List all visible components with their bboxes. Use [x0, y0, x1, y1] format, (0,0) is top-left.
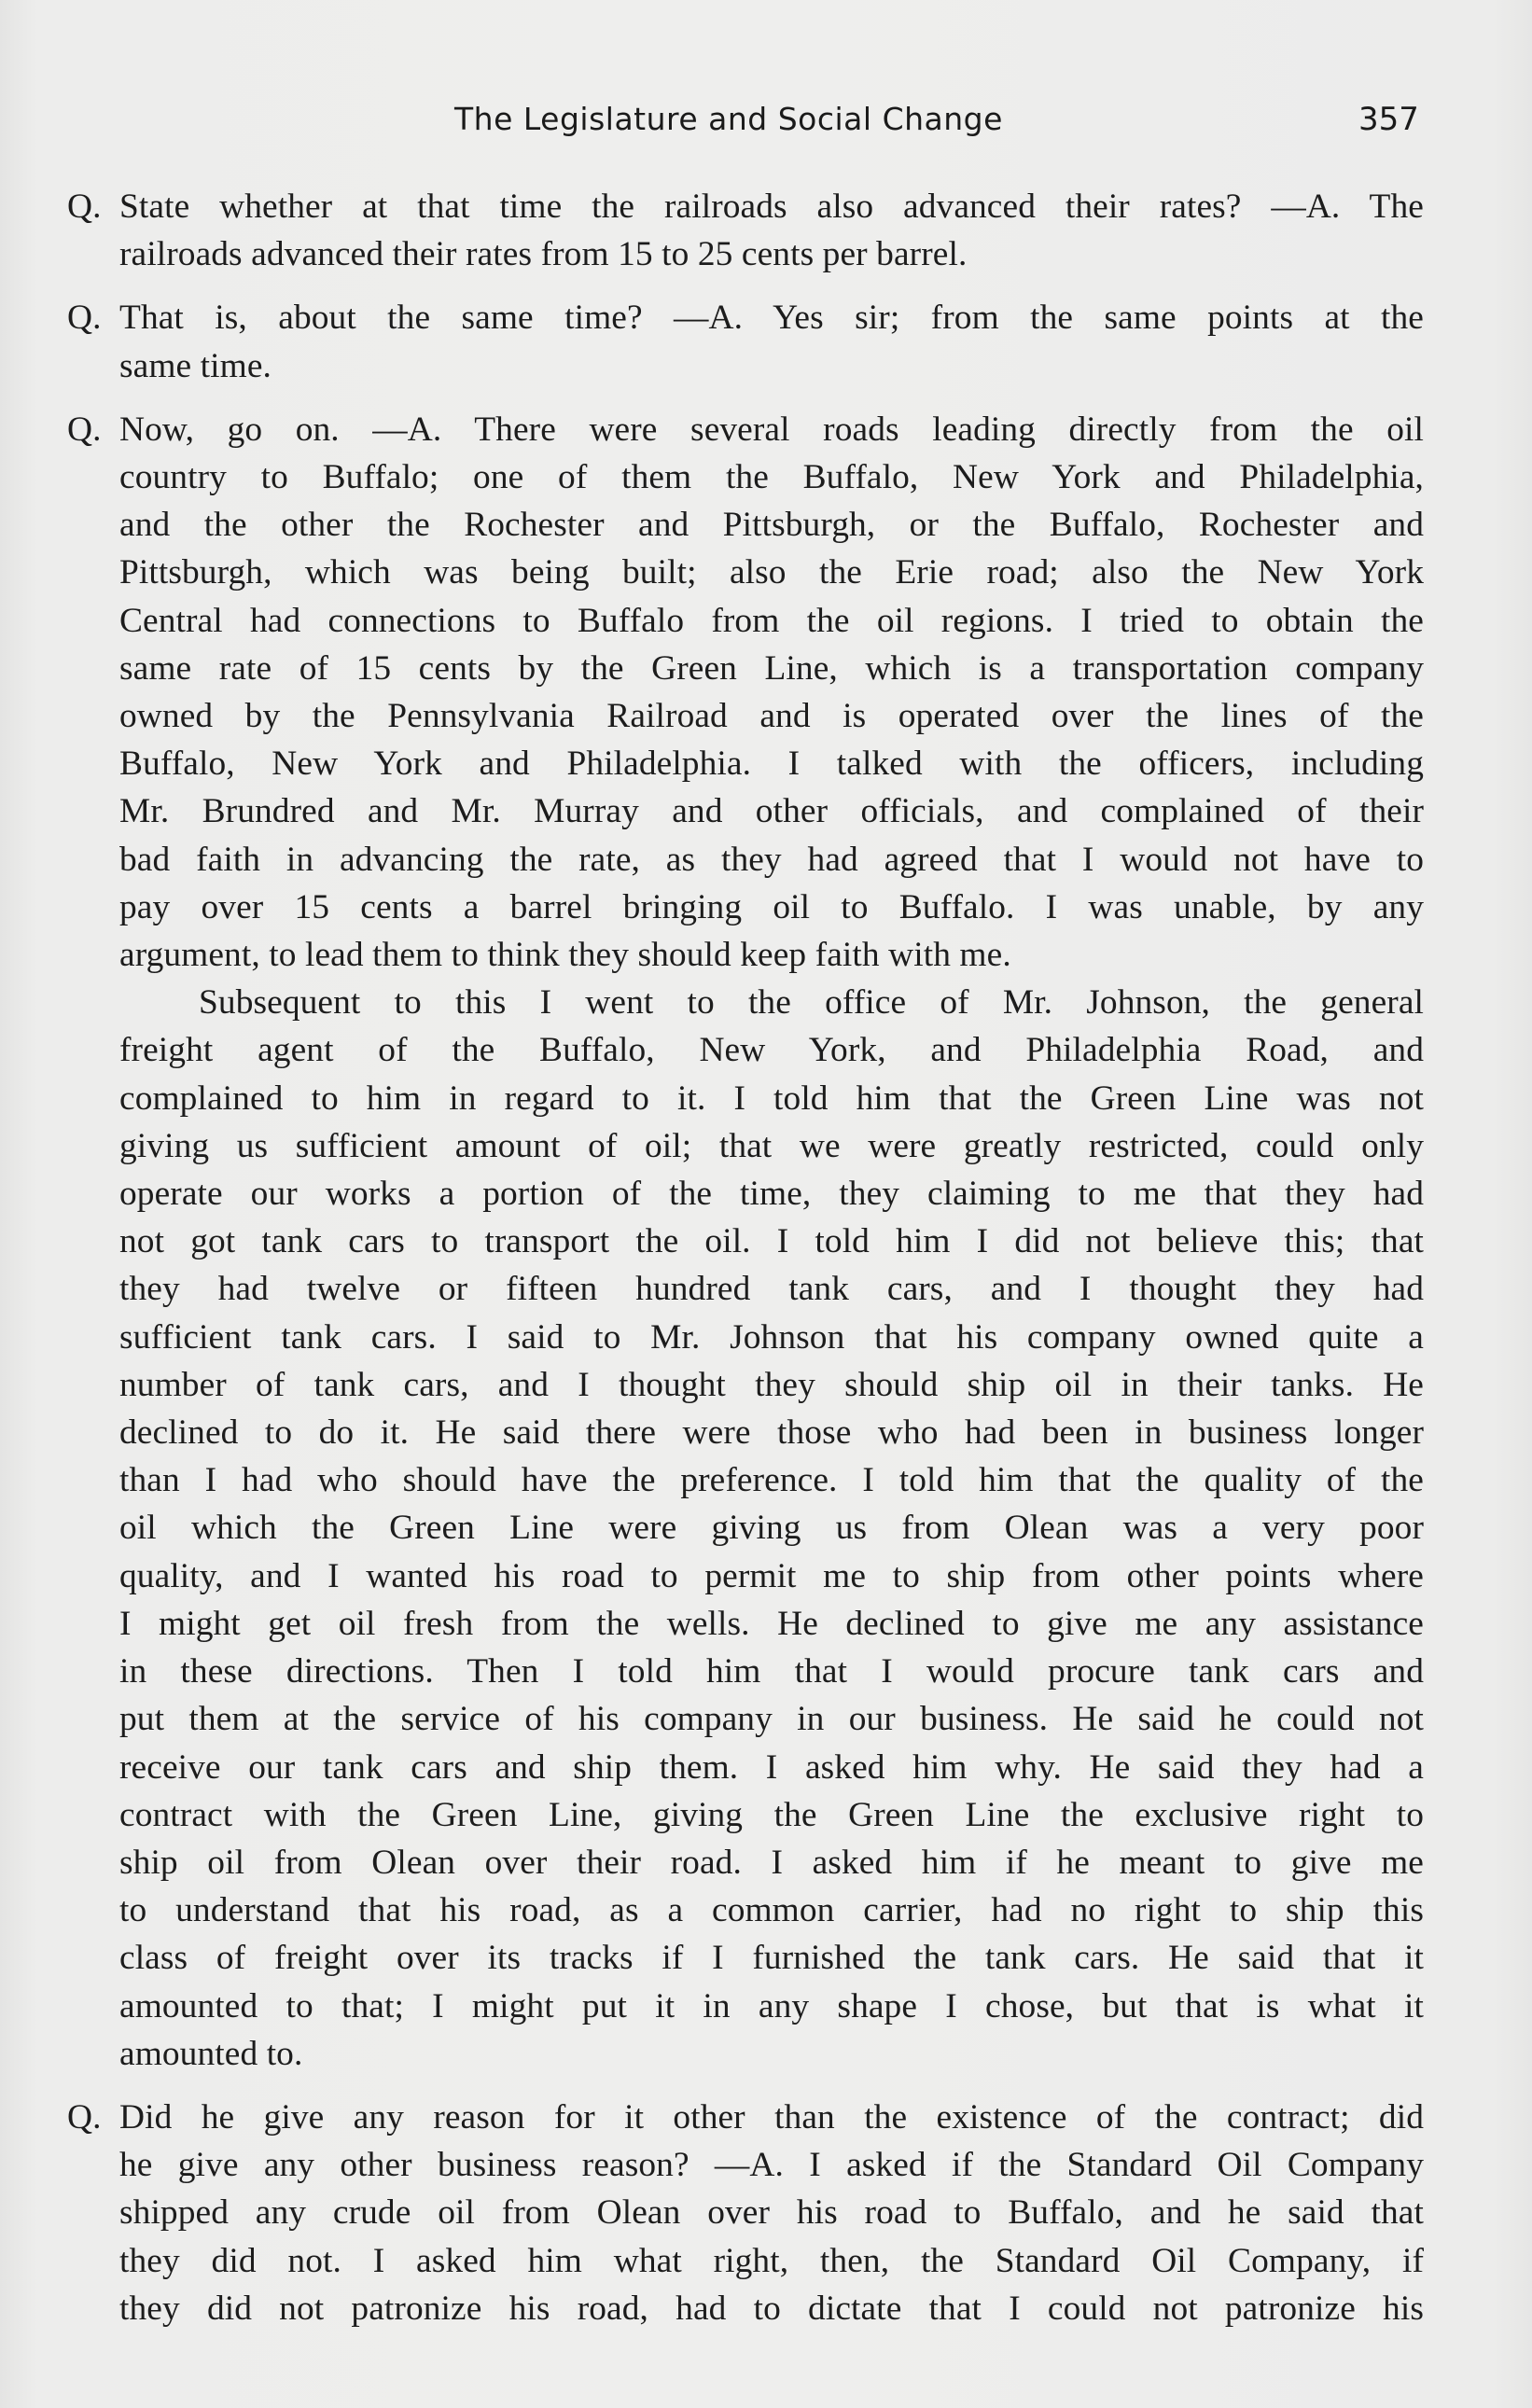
- qa-block: Q. Did he give any reason for it other t…: [119, 2094, 1424, 2332]
- text-line: same rate of 15 cents by the Green Line,…: [119, 645, 1424, 692]
- text-line: and the other the Rochester and Pittsbur…: [119, 501, 1424, 549]
- text-line: sufficient tank cars. I said to Mr. John…: [119, 1314, 1424, 1361]
- text-line: pay over 15 cents a barrel bringing oil …: [119, 884, 1424, 931]
- text-line: amounted to.: [119, 2030, 1424, 2078]
- text-line: Now, go on. —A. There were several roads…: [119, 406, 1424, 453]
- text-line: Pittsburgh, which was being built; also …: [119, 549, 1424, 596]
- text-line: ship oil from Olean over their road. I a…: [119, 1839, 1424, 1886]
- text-line: Mr. Brundred and Mr. Murray and other of…: [119, 787, 1424, 835]
- text-line: freight agent of the Buffalo, New York, …: [119, 1026, 1424, 1074]
- question-label: Q.: [67, 2094, 102, 2141]
- text-line: Central had connections to Buffalo from …: [119, 597, 1424, 645]
- text-line: they did not. I asked him what right, th…: [119, 2237, 1424, 2285]
- page-number: 357: [1358, 101, 1419, 138]
- running-title: The Legislature and Social Change: [454, 101, 1003, 137]
- text-line: Buffalo, New York and Philadelphia. I ta…: [119, 740, 1424, 787]
- text-line: operate our works a portion of the time,…: [119, 1170, 1424, 1218]
- paragraph-first-line: Subsequent to this I went to the office …: [119, 979, 1424, 1026]
- text-line: he give any other business reason? —A. I…: [119, 2141, 1424, 2189]
- text-line: same time.: [119, 342, 1424, 390]
- text-line: put them at the service of his company i…: [119, 1695, 1424, 1743]
- text-line: not got tank cars to transport the oil. …: [119, 1218, 1424, 1265]
- text-line: giving us sufficient amount of oil; that…: [119, 1122, 1424, 1170]
- text-line: they did not patronize his road, had to …: [119, 2285, 1424, 2332]
- text-line: shipped any crude oil from Olean over hi…: [119, 2189, 1424, 2236]
- text-line: class of freight over its tracks if I fu…: [119, 1934, 1424, 1982]
- text-line: oil which the Green Line were giving us …: [119, 1504, 1424, 1552]
- text-line: Did he give any reason for it other than…: [119, 2094, 1424, 2141]
- text-line: declined to do it. He said there were th…: [119, 1409, 1424, 1456]
- text-line: That is, about the same time? —A. Yes si…: [119, 294, 1424, 341]
- text-line: railroads advanced their rates from 15 t…: [119, 230, 1424, 278]
- text-line: contract with the Green Line, giving the…: [119, 1791, 1424, 1839]
- text-line: owned by the Pennsylvania Railroad and i…: [119, 692, 1424, 740]
- body-text: Q. State whether at that time the railro…: [119, 183, 1424, 2348]
- text-line: State whether at that time the railroads…: [119, 183, 1424, 230]
- text-line: amounted to that; I might put it in any …: [119, 1983, 1424, 2030]
- text-line: to understand that his road, as a common…: [119, 1886, 1424, 1934]
- text-line: in these directions. Then I told him tha…: [119, 1648, 1424, 1695]
- qa-block: Q. Now, go on. —A. There were several ro…: [119, 406, 1424, 2078]
- text-line: argument, to lead them to think they sho…: [119, 931, 1424, 979]
- book-page: The Legislature and Social Change 357 Q.…: [0, 0, 1532, 2408]
- question-label: Q.: [67, 294, 102, 341]
- qa-block: Q. State whether at that time the railro…: [119, 183, 1424, 278]
- text-line: bad faith in advancing the rate, as they…: [119, 836, 1424, 884]
- text-line: I might get oil fresh from the wells. He…: [119, 1600, 1424, 1648]
- text-line: country to Buffalo; one of them the Buff…: [119, 453, 1424, 501]
- text-line: than I had who should have the preferenc…: [119, 1456, 1424, 1504]
- question-label: Q.: [67, 406, 102, 453]
- text-line: number of tank cars, and I thought they …: [119, 1361, 1424, 1409]
- qa-block: Q. That is, about the same time? —A. Yes…: [119, 294, 1424, 389]
- text-line: receive our tank cars and ship them. I a…: [119, 1744, 1424, 1791]
- running-head: The Legislature and Social Change 357: [0, 101, 1532, 147]
- question-label: Q.: [67, 183, 102, 230]
- text-line: they had twelve or fifteen hundred tank …: [119, 1265, 1424, 1313]
- text-line: complained to him in regard to it. I tol…: [119, 1075, 1424, 1122]
- text-line: quality, and I wanted his road to permit…: [119, 1552, 1424, 1600]
